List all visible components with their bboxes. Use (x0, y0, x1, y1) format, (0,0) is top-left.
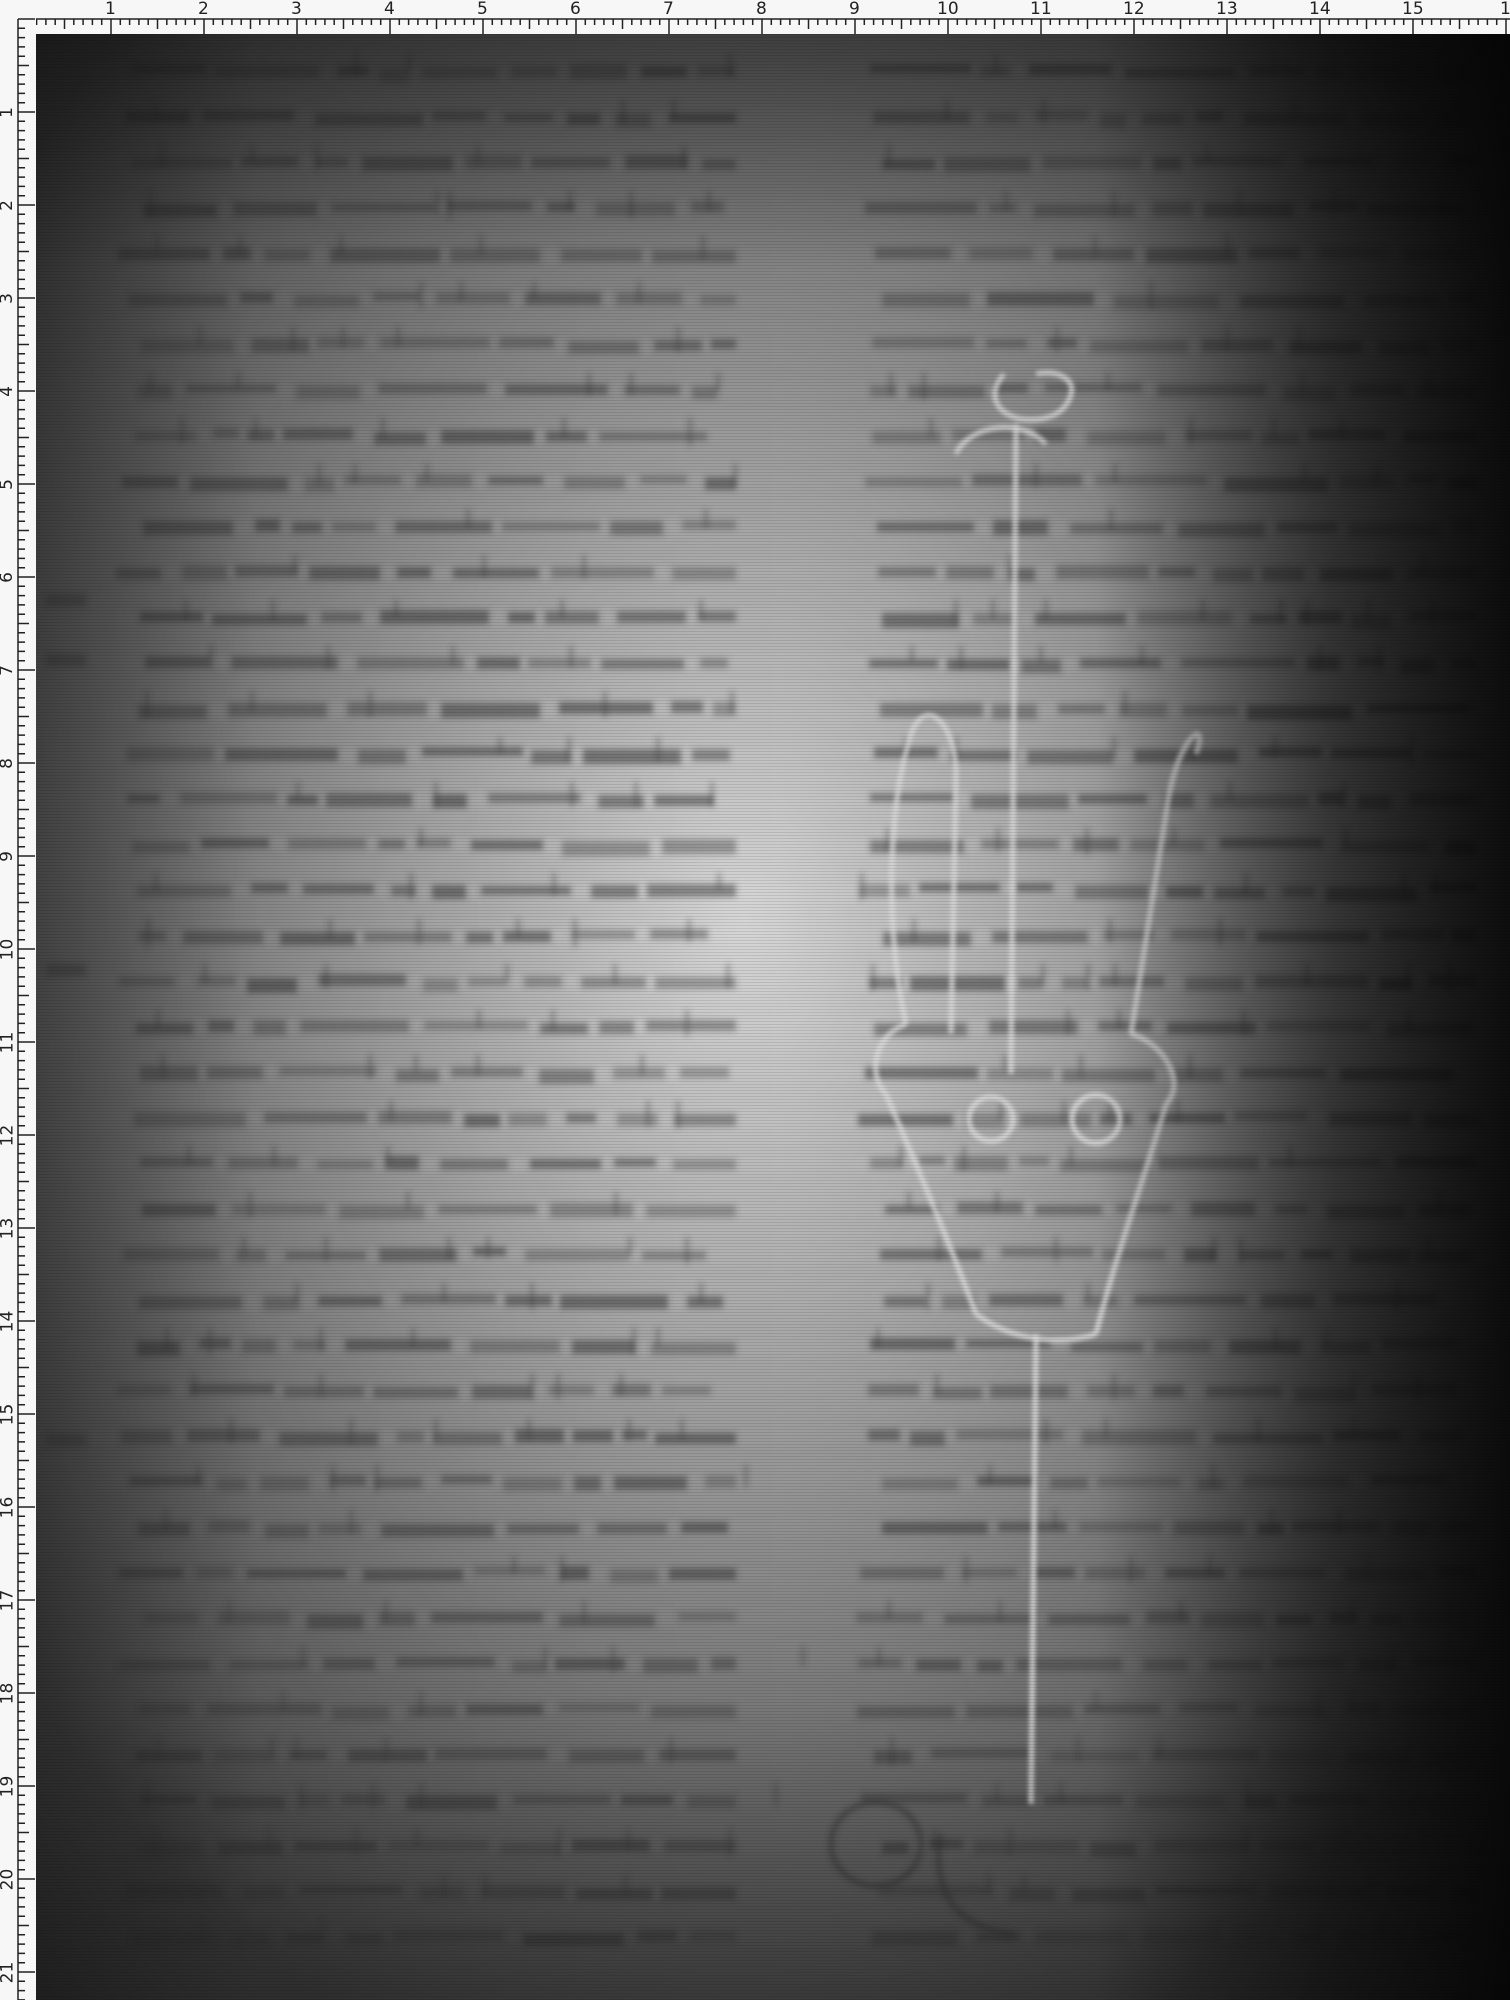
top-ruler-label: 5 (477, 1, 488, 18)
top-ruler-label: 10 (937, 1, 959, 18)
manuscript-scan (36, 34, 1510, 2000)
left-ruler-label: 16 (0, 1497, 16, 1519)
left-ruler-label: 9 (0, 851, 16, 862)
top-ruler-label: 7 (663, 1, 674, 18)
left-ruler-label: 2 (0, 200, 16, 211)
top-ruler: 01234567891011121314151 (0, 0, 1510, 34)
left-ruler-label: 13 (0, 1218, 16, 1240)
top-ruler-label: 12 (1123, 1, 1145, 18)
top-ruler-label: 9 (849, 1, 860, 18)
left-ruler-label: 12 (0, 1125, 16, 1147)
top-ruler-label: 13 (1216, 1, 1238, 18)
left-ruler-label: 10 (0, 939, 16, 961)
left-ruler-label: 17 (0, 1590, 16, 1612)
left-ruler-label: 18 (0, 1683, 16, 1705)
top-ruler-scale (0, 0, 1510, 34)
left-ruler-label: 19 (0, 1776, 16, 1798)
left-ruler-label: 11 (0, 1032, 16, 1054)
left-ruler-label: 5 (0, 479, 16, 490)
top-ruler-label: 1 (1500, 1, 1510, 18)
left-ruler-label: 21 (0, 1962, 16, 1984)
top-ruler-label: 8 (756, 1, 767, 18)
left-ruler-label: 15 (0, 1404, 16, 1426)
left-ruler-label: 14 (0, 1311, 16, 1333)
top-ruler-label: 15 (1402, 1, 1424, 18)
left-ruler-label: 6 (0, 572, 16, 583)
left-ruler-label: 4 (0, 386, 16, 397)
top-ruler-label: 1 (105, 1, 116, 18)
top-ruler-label: 4 (384, 1, 395, 18)
left-ruler-label: 8 (0, 758, 16, 769)
left-ruler: 123456789101112131415161718192021 (0, 0, 36, 2000)
left-ruler-label: 1 (0, 107, 16, 118)
top-ruler-label: 11 (1030, 1, 1052, 18)
top-ruler-label: 14 (1309, 1, 1331, 18)
left-ruler-label: 7 (0, 665, 16, 676)
scan-image (36, 34, 1510, 2000)
top-ruler-label: 6 (570, 1, 581, 18)
top-ruler-label: 2 (198, 1, 209, 18)
left-ruler-label: 20 (0, 1869, 16, 1891)
left-ruler-label: 3 (0, 293, 16, 304)
top-ruler-label: 3 (291, 1, 302, 18)
